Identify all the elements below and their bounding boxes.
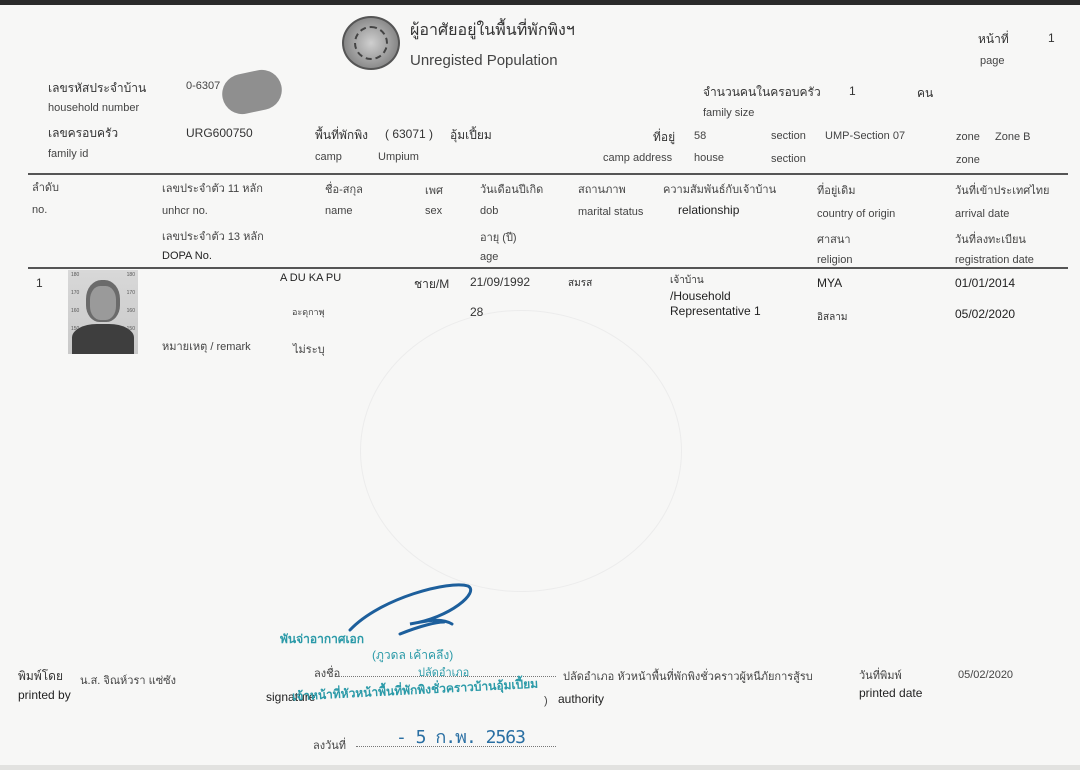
col-marital-thai: สถานภาพ (578, 180, 626, 198)
col-arrival: arrival date (955, 208, 1009, 220)
person-age: 28 (470, 305, 483, 319)
zone-label: zone (956, 131, 980, 143)
camp-label: camp (315, 151, 342, 163)
household-number-label-thai: เลขรหัสประจำบ้าน (48, 79, 146, 98)
authority-thai: ปลัดอำเภอ หัวหน้าพื้นที่พักพิงชั่วคราวผู… (563, 667, 813, 685)
stamp-rank: พันจ่าอากาศเอก (280, 630, 364, 649)
zone-label-english: zone (956, 154, 980, 166)
person-sex: ชาย/M (414, 275, 449, 294)
person-country-of-origin: MYA (817, 276, 842, 290)
section-label: section (771, 130, 806, 142)
paren-close: ) (544, 695, 548, 707)
remark-label: หมายเหตุ / remark (162, 337, 251, 355)
zone-value: Zone B (995, 131, 1030, 143)
person-name: A DU KA PU (280, 272, 341, 284)
col-relationship-thai: ความสัมพันธ์กับเจ้าบ้าน (663, 180, 776, 198)
col-dob: dob (480, 205, 498, 217)
sign-label-thai: ลงชื่อ (314, 664, 340, 682)
house-label: house (694, 152, 724, 164)
page-number: 1 (1048, 31, 1055, 45)
family-id-value: URG600750 (186, 126, 253, 140)
col-marital: marital status (578, 206, 643, 218)
person-marital-status: สมรส (568, 276, 592, 291)
person-relationship-line2: Representative 1 (670, 304, 761, 318)
household-number-label: household number (48, 102, 139, 114)
col-origin-thai: ที่อยู่เดิม (817, 181, 855, 199)
family-size-label-thai: จำนวนคนในครอบครัว (703, 83, 821, 102)
col-unhcr: unhcr no. (162, 205, 208, 217)
printed-date-label: printed date (859, 686, 922, 700)
col-age: age (480, 251, 498, 263)
col-registration: registration date (955, 254, 1034, 266)
person-religion: อิสลาม (817, 310, 847, 325)
col-sex-thai: เพศ (425, 181, 443, 199)
camp-address-label: camp address (603, 152, 672, 164)
page-label-thai: หน้าที่ (978, 30, 1009, 49)
household-number-value: 0-6307 (186, 80, 220, 92)
family-size-unit: คน (917, 84, 933, 103)
family-size-value: 1 (849, 84, 856, 98)
printed-by-label-thai: พิมพ์โดย (18, 667, 63, 686)
person-relationship-thai: เจ้าบ้าน (670, 273, 704, 288)
printed-by-value: น.ส. จิณห์วรา แซ่ซัง (80, 671, 176, 689)
printed-date-label-thai: วันที่พิมพ์ (859, 666, 902, 684)
col-dob-thai: วันเดือนปีเกิด (480, 180, 543, 198)
printed-date-value: 05/02/2020 (958, 669, 1013, 681)
watermark-seal (360, 310, 682, 592)
camp-name: Umpium (378, 151, 419, 163)
table-header-rule (28, 267, 1068, 269)
col-unhcr-thai: เลขประจำตัว 11 หลัก (162, 179, 263, 197)
camp-name-thai: อุ้มเปี้ยม (450, 126, 492, 145)
col-dopa-thai: เลขประจำตัว 13 หลัก (162, 227, 264, 245)
person-registration-date: 05/02/2020 (955, 307, 1015, 321)
section-label-english: section (771, 153, 806, 165)
address-label-thai: ที่อยู่ (653, 128, 675, 147)
camp-code: ( 63071 ) (385, 127, 433, 141)
col-registration-thai: วันที่ลงทะเบียน (955, 230, 1026, 248)
house-value: 58 (694, 130, 706, 142)
person-dob: 21/09/1992 (470, 275, 530, 289)
remark-value: ไม่ระบุ (293, 340, 325, 358)
sign-date-label-thai: ลงวันที่ (313, 736, 346, 754)
family-size-label: family size (703, 107, 754, 119)
page-label-english: page (980, 55, 1004, 67)
person-photo: 180180 170170 160160 150150 (68, 270, 138, 354)
camp-label-thai: พื้นที่พักพิง (315, 126, 368, 145)
col-origin: country of origin (817, 208, 895, 220)
person-name-thai: อะดุกาพุ (292, 305, 325, 319)
thai-garuda-seal-icon (342, 16, 400, 70)
date-stamp: - 5 ก.พ. 2563 (396, 722, 525, 751)
col-religion-thai: ศาสนา (817, 230, 851, 248)
person-relationship-line1: /Household (670, 289, 731, 303)
col-arrival-thai: วันที่เข้าประเทศไทย (955, 181, 1049, 199)
person-arrival-date: 01/01/2014 (955, 276, 1015, 290)
printed-by-label: printed by (18, 688, 71, 702)
bottom-edge (0, 765, 1080, 770)
family-id-label-thai: เลขครอบครัว (48, 124, 118, 143)
col-sex: sex (425, 205, 442, 217)
col-name: name (325, 205, 353, 217)
table-top-rule (28, 173, 1068, 175)
col-no-thai: ลำดับ (32, 178, 59, 196)
col-relationship: relationship (678, 203, 739, 217)
row-no: 1 (36, 276, 43, 290)
col-religion: religion (817, 254, 852, 266)
col-dopa: DOPA No. (162, 250, 212, 262)
col-age-thai: อายุ (ปี) (480, 228, 517, 246)
col-name-thai: ชื่อ-สกุล (325, 180, 363, 198)
family-id-label: family id (48, 148, 88, 160)
col-no: no. (32, 204, 47, 216)
section-value: UMP-Section 07 (825, 130, 905, 142)
document-title-thai: ผู้อาศัยอยู่ในพื้นที่พักพิงฯ (410, 18, 575, 43)
document-title-english: Unregisted Population (410, 52, 558, 69)
authority-label: authority (558, 692, 604, 706)
